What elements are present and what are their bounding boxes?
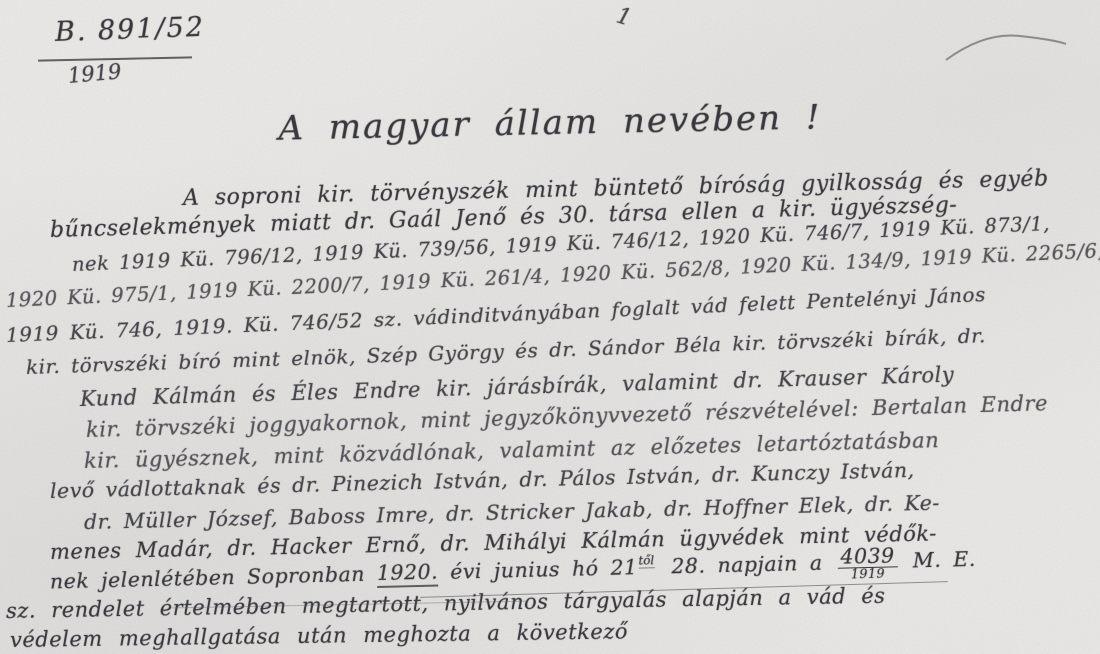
date-mid: évi junius hó [450, 556, 599, 584]
decree-number-fraction: 4039 1919 [837, 546, 898, 581]
date-day-start: 21 [610, 555, 638, 580]
date-mid2: 28. napjain a [671, 551, 823, 579]
stray-pen-stroke [942, 26, 1072, 70]
scanned-document-page: B. 891/52 1919 1 A magyar állam nevében … [0, 0, 1100, 654]
date-day-suffix: től [638, 554, 654, 569]
date-prefix: nek jelenlétében Sopronban [50, 562, 366, 594]
body-line: védelem meghallgatása után meghozta a kö… [10, 619, 628, 652]
date-year: 1920. [377, 560, 439, 588]
page-number-mark: 1 [613, 4, 634, 32]
document-title: A magyar állam nevében ! [250, 97, 851, 150]
case-number: B. 891/52 [54, 12, 205, 48]
decree-year: 1919 [838, 568, 898, 582]
case-year: 1919 [67, 59, 122, 88]
decree-suffix: M. E. [913, 547, 977, 573]
